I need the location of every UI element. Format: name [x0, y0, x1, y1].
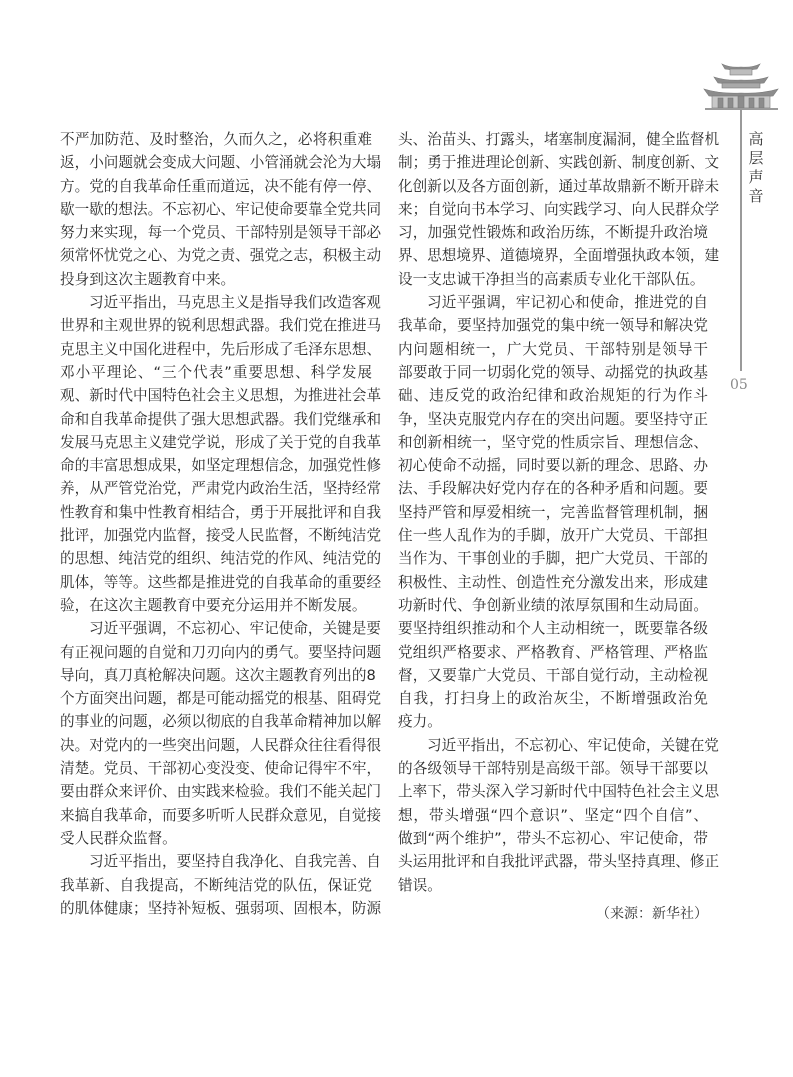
- text-line: 础、违反党的政治纪律和政治规矩的行为作斗: [398, 384, 708, 407]
- text-line: 须常怀忧党之心、为党之责、强党之志，积极主动: [60, 244, 372, 267]
- text-line: 努力来实现，每一个党员、干部特别是领导干部必: [60, 221, 372, 244]
- text-line: 头、治苗头、打露头，堵塞制度漏洞，健全监督机: [398, 128, 708, 151]
- text-line: 初心使命不动摇，同时要以新的理念、思路、办: [398, 454, 708, 477]
- text-line: 方。党的自我革命任重而道远，决不能有停一停、: [60, 175, 372, 198]
- text-line: 来搞自我革命，而要多听听人民群众意见，自觉接: [60, 804, 372, 827]
- section-title: 高层声音: [747, 130, 765, 206]
- text-line: 积极性、主动性、创造性充分激发出来，形成建: [398, 571, 708, 594]
- section-title-char: 层: [747, 149, 765, 168]
- text-line: 养，从严管党治党，严肃党内政治生活，坚持经常: [60, 477, 372, 500]
- page-number: 05: [730, 377, 748, 393]
- left-column: 不严加防范、及时整治，久而久之，必将积重难返，小问题就会变成大问题、小管涌就会沦…: [60, 128, 372, 920]
- text-line: 批评，加强党内监督，接受人民监督，不断纯洁党: [60, 524, 372, 547]
- text-line: 歇一歇的想法。不忘初心、牢记使命要靠全党共同: [60, 198, 372, 221]
- text-line: 返，小问题就会变成大问题、小管涌就会沦为大塌: [60, 151, 372, 174]
- text-line: 坚持严管和厚爱相统一，完善监督管理机制，捆: [398, 501, 708, 524]
- text-line: 法、手段解决好党内存在的各种矛盾和问题。要: [398, 477, 708, 500]
- text-line: 投身到这次主题教育中来。: [60, 268, 372, 291]
- text-line: 习近平强调，不忘初心、牢记使命，关键是要: [60, 617, 372, 640]
- source-credit: （来源：新华社）: [398, 897, 708, 926]
- text-line: 内问题相统一，广大党员、干部特别是领导干: [398, 338, 708, 361]
- text-line: 习近平指出，马克思主义是指导我们改造客观: [60, 291, 372, 314]
- section-title-char: 声: [747, 168, 765, 187]
- text-line: 制；勇于推进理论创新、实践创新、制度创新、文: [398, 151, 708, 174]
- text-line: 来；自觉向书本学习、向实践学习、向人民群众学: [398, 198, 708, 221]
- text-line: 验，在这次主题教育中要充分运用并不断发展。: [60, 594, 372, 617]
- text-line: 部要敢于同一切弱化党的领导、动摇党的执政基: [398, 361, 708, 384]
- text-line: 世界和主观世界的锐利思想武器。我们党在推进马: [60, 314, 372, 337]
- right-column: 头、治苗头、打露头，堵塞制度漏洞，健全监督机制；勇于推进理论创新、实践创新、制度…: [398, 128, 708, 926]
- text-line: 习，加强党性锻炼和政治历练，不断提升政治境: [398, 221, 708, 244]
- text-line: 有正视问题的自觉和刀刃向内的勇气。要坚持问题: [60, 641, 372, 664]
- text-line: 命的丰富思想成果，如坚定理想信念，加强党性修: [60, 454, 372, 477]
- text-line: 我革命，要坚持加强党的集中统一领导和解决党: [398, 314, 708, 337]
- text-line: 肌体，等等。这些都是推进党的自我革命的重要经: [60, 571, 372, 594]
- text-line: 的事业的问题，必须以彻底的自我革命精神加以解: [60, 710, 372, 733]
- text-line: 的各级领导干部特别是高级干部。领导干部要以: [398, 757, 708, 780]
- pavilion-illustration-icon: [700, 52, 782, 112]
- text-line: 性教育和集中性教育相结合，勇于开展批评和自我: [60, 501, 372, 524]
- text-line: 想，带头增强“四个意识”、坚定“四个自信”、: [398, 804, 708, 827]
- text-line: 功新时代、争创新业绩的浓厚氛围和生动局面。: [398, 594, 708, 617]
- text-line: 头运用批评和自我批评武器，带头坚持真理、修正: [398, 850, 708, 873]
- text-line: 要由群众来评价、由实践来检验。我们不能关起门: [60, 780, 372, 803]
- text-line: 设一支忠诚干净担当的高素质专业化干部队伍。: [398, 268, 708, 291]
- text-line: 住一些人乱作为的手脚，放开广大党员、干部担: [398, 524, 708, 547]
- text-line: 要坚持组织推动和个人主动相统一，既要靠各级: [398, 617, 708, 640]
- text-line: 争，坚决克服党内存在的突出问题。要坚持守正: [398, 408, 708, 431]
- text-line: 导向，真刀真枪解决问题。这次主题教育列出的8: [60, 664, 372, 687]
- text-line: 习近平强调，牢记初心和使命，推进党的自: [398, 291, 708, 314]
- text-line: 清楚。党员、干部初心变没变、使命记得牢不牢，: [60, 757, 372, 780]
- text-line: 受人民群众监督。: [60, 827, 372, 850]
- text-line: 我革新、自我提高，不断纯洁党的队伍，保证党: [60, 874, 372, 897]
- text-line: 上率下，带头深入学习新时代中国特色社会主义思: [398, 780, 708, 803]
- text-line: 习近平指出，要坚持自我净化、自我完善、自: [60, 850, 372, 873]
- text-line: 命和自我革命提供了强大思想武器。我们党继承和: [60, 408, 372, 431]
- text-line: 观、新时代中国特色社会主义思想，为推进社会革: [60, 384, 372, 407]
- text-line: 做到“两个维护”，带头不忘初心、牢记使命，带: [398, 827, 708, 850]
- text-line: 的肌体健康；坚持补短板、强弱项、固根本，防源: [60, 897, 372, 920]
- text-line: 界、思想境界、道德境界，全面增强执政本领，建: [398, 244, 708, 267]
- text-line: 疫力。: [398, 710, 708, 733]
- text-line: 党组织严格要求、严格教育、严格管理、严格监: [398, 641, 708, 664]
- text-line: 自我，打扫身上的政治灰尘，不断增强政治免: [398, 687, 708, 710]
- text-line: 当作为、干事创业的手脚，把广大党员、干部的: [398, 547, 708, 570]
- text-line: 化创新以及各方面创新，通过革故鼎新不断开辟未: [398, 175, 708, 198]
- section-title-char: 高: [747, 130, 765, 149]
- text-line: 督，又要靠广大党员、干部自觉行动，主动检视: [398, 664, 708, 687]
- text-line: 习近平指出，不忘初心、牢记使命，关键在党: [398, 734, 708, 757]
- text-line: 的思想、纯洁党的组织、纯洁党的作风、纯洁党的: [60, 547, 372, 570]
- text-line: 和创新相统一，坚守党的性质宗旨、理想信念、: [398, 431, 708, 454]
- text-line: 错误。: [398, 874, 708, 897]
- text-line: 个方面突出问题，都是可能动摇党的根基、阻碍党: [60, 687, 372, 710]
- text-line: 不严加防范、及时整治，久而久之，必将积重难: [60, 128, 372, 151]
- text-line: 邓小平理论、“三个代表”重要思想、科学发展: [60, 361, 372, 384]
- section-title-char: 音: [747, 187, 765, 206]
- text-line: 发展马克思主义建党学说，形成了关于党的自我革: [60, 431, 372, 454]
- text-line: 克思主义中国化进程中，先后形成了毛泽东思想、: [60, 338, 372, 361]
- margin-rule: [740, 108, 742, 371]
- text-line: 决。对党内的一些突出问题，人民群众往往看得很: [60, 734, 372, 757]
